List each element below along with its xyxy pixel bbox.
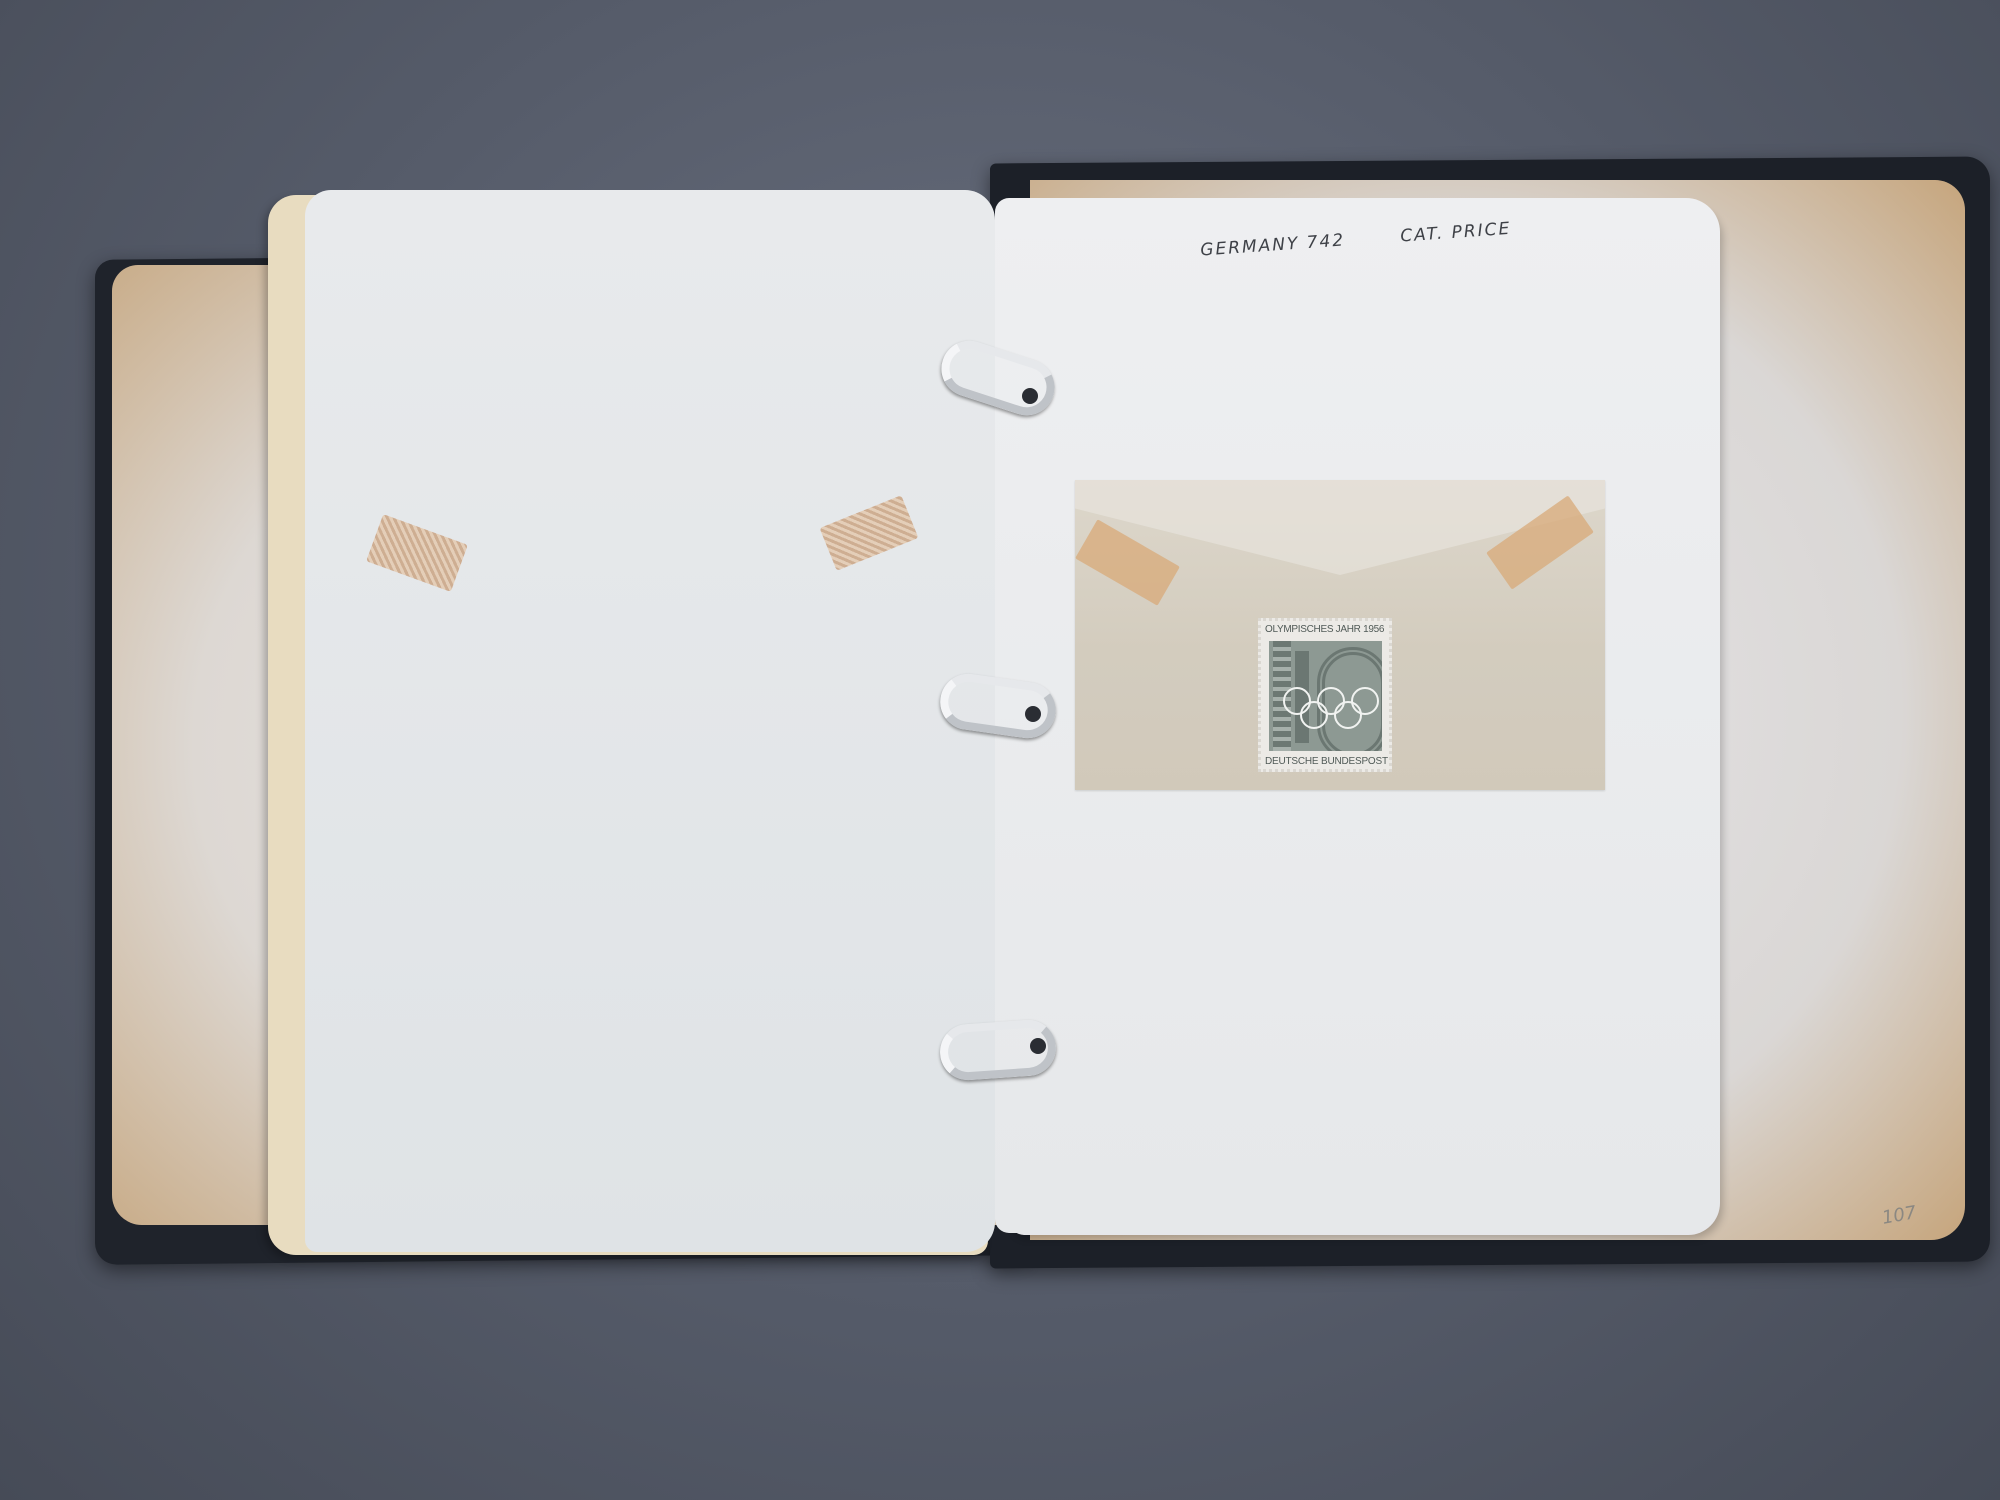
stamp-title: OLYMPISCHES JAHR 1956 xyxy=(1265,624,1387,635)
stamp-issuer: DEUTSCHE BUNDESPOST xyxy=(1265,756,1387,767)
postage-stamp[interactable]: OLYMPISCHES JAHR 1956 DEUTSCHE BUNDESPOS… xyxy=(1258,618,1392,772)
ring-hole xyxy=(1030,1038,1046,1054)
olympic-rings-icon xyxy=(1283,687,1379,727)
stamp-design xyxy=(1269,641,1382,751)
album-page-left[interactable] xyxy=(305,190,995,1252)
ring-icon xyxy=(1334,701,1362,729)
ring-hole xyxy=(1025,706,1041,722)
ring-hole xyxy=(1022,388,1038,404)
ring-icon xyxy=(1300,701,1328,729)
